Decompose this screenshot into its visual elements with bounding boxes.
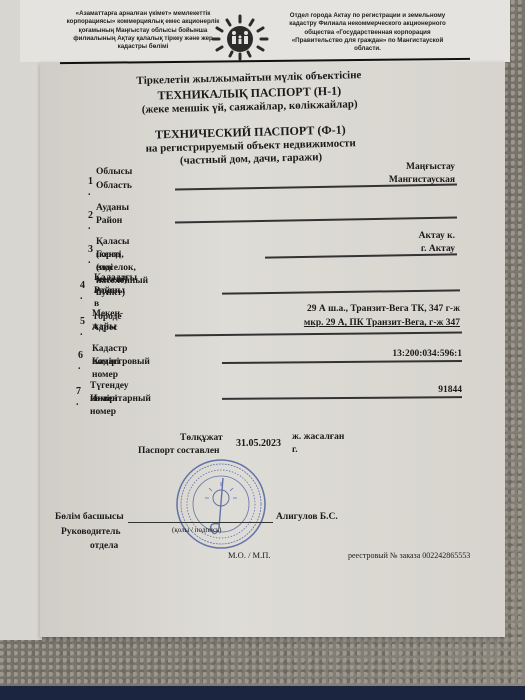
field-value-kz: Маңғыстау [300,161,455,174]
signature-role-ru-2: отдела [90,541,118,551]
field-value-ru: мкр. 29 А, ПК Транзит-Вега, г-ж 347 [260,317,460,330]
field-label-ru: Инвентарный номер [90,393,151,419]
signature-hint: (қолы / подпись) [172,526,222,534]
field-label-ru: Область [96,180,132,193]
order-number: реестровый № заказа 002242865553 [348,551,470,560]
field-value-ru: 91844 [300,384,462,397]
signature-role-ru-1: Руководитель [61,527,120,537]
underlying-sheet [0,0,42,640]
field-value-kz: 29 А ш.а., Транзит-Вега ТК, 347 г-ж [260,303,460,316]
signature-role-kz: Бөлім басшысы [55,512,124,522]
field-label-kz: Облысы [96,166,132,179]
title-block: Тіркелетін жылжымайтын мүлік объектісіне… [99,68,401,171]
header-right-text: Отдел города Актау по регистрации и земе… [285,12,450,54]
signature-name: Алигулов Б.С. [276,512,338,522]
field-label-ru: Район [96,215,122,228]
field-label-ru: Кадастровый номер [92,356,150,382]
field-value-ru: 13:200:034:596:1 [300,348,462,361]
issued-label-ru: Паспорт составлен [138,446,220,456]
header-left-text: «Азаматтарға арналған үкімет» мемлекетті… [58,10,228,52]
field-label-ru: Адрес [92,322,118,335]
field-label-kz: Ауданы [96,202,129,215]
family-sun-logo-icon [210,14,270,62]
field-value-kz: Актау к. [300,230,455,243]
seal-label: М.О. / М.П. [228,550,271,560]
official-stamp-icon [175,458,267,550]
foreground-fabric [0,686,525,700]
signature-line [128,522,273,523]
issued-suffix-ru: г. [292,445,298,455]
issued-label-kz: Төлқұжат [180,433,223,443]
issued-suffix-kz: ж. жасалған [292,432,344,442]
issued-date: 31.05.2023 [236,438,281,449]
